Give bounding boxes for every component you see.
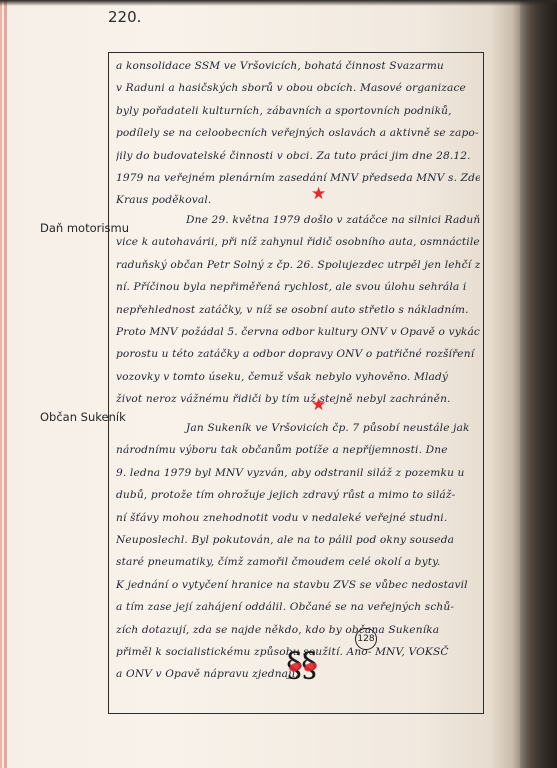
footnote-number-circle: 128 [355, 628, 377, 650]
text-line: K jednání o vytyčení hranice na stavbu Z… [116, 574, 480, 596]
text-line: porostu u této zatáčky a odbor dopravy O… [116, 343, 480, 365]
text-line: Dne 29. května 1979 došlo v zatáčce na s… [116, 209, 480, 231]
section-2-text: Dne 29. května 1979 došlo v zatáčce na s… [116, 209, 480, 411]
text-line: a tím zase její zahájení oddálil. Občané… [116, 596, 480, 618]
red-star-divider-icon: ★ [311, 186, 326, 203]
text-line: život neroz vážnému řidiči by tím už ste… [116, 388, 480, 410]
text-line: dubů, protože tím ohrožuje jejich zdravý… [116, 484, 480, 506]
book-spine-gutter [520, 0, 557, 768]
top-shadow [0, 0, 557, 6]
text-line: ní. Příčinou byla nepřiměřená rychlost, … [116, 276, 480, 298]
page-edge-red-line [0, 0, 2, 768]
text-line: jily do budovatelské činnosti v obci. Za… [116, 145, 480, 167]
text-line: zích dotazují, zda se najde někdo, kdo b… [116, 619, 480, 641]
text-line: vice k autohavárii, při níž zahynul řidi… [116, 231, 480, 253]
text-line: Proto MNV požádal 5. června odbor kultur… [116, 321, 480, 343]
section-sign-icon: § [286, 648, 301, 682]
text-line: vozovky v tomto úseku, čemuž však nebylo… [116, 366, 480, 388]
text-line: v Raduni a hasičských sborů v obou obcíc… [116, 77, 480, 99]
section-end-mark-icon: §§ [286, 648, 316, 682]
text-line: byly pořadateli kulturních, zábavních a … [116, 100, 480, 122]
margin-label-obcan-sukenik: Občan Sukeník [40, 410, 126, 424]
margin-red-line [4, 0, 7, 768]
text-line: staré pneumatiky, čímž zamořil čmoudem c… [116, 551, 480, 573]
text-line: podílely se na celoobecních veřejných os… [116, 122, 480, 144]
text-line: raduňský občan Petr Solný z čp. 26. Spol… [116, 254, 480, 276]
text-line: a konsolidace SSM ve Vršovicích, bohatá … [116, 55, 480, 77]
page-number: 220. [108, 8, 141, 26]
text-line: národnímu výboru tak občanům potíže a ne… [116, 439, 480, 461]
text-line: ní šťávy mohou znehodnotit vodu v nedale… [116, 507, 480, 529]
section-sign-icon: § [301, 648, 316, 682]
text-line: nepřehlednost zatáčky, v níž se osobní a… [116, 299, 480, 321]
section-1-text: a konsolidace SSM ve Vršovicích, bohatá … [116, 55, 480, 212]
red-star-divider-icon: ★ [311, 397, 326, 414]
text-line: 1979 na veřejném plenárním zasedání MNV … [116, 167, 480, 189]
text-line: Neuposlechl. Byl pokutován, ale na to pá… [116, 529, 480, 551]
text-line: 9. ledna 1979 byl MNV vyzván, aby odstra… [116, 462, 480, 484]
text-line: Jan Sukeník ve Vršovicích čp. 7 působí n… [116, 417, 480, 439]
